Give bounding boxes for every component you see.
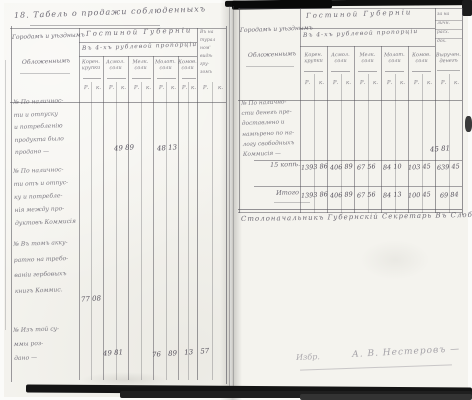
entry-line: дуктовъ Коммисія [15, 215, 79, 230]
amount: 84 13 [383, 190, 402, 199]
ruble-unit-label: Р. [134, 85, 140, 91]
table-rule-horizontal [107, 78, 126, 79]
col-label: соли [354, 58, 381, 65]
side-note-line: видѣ [200, 53, 215, 61]
table-rule-horizontal [254, 186, 462, 187]
amount: 100 45 [408, 190, 431, 200]
right-col-3: Мелк. соли [354, 52, 381, 65]
table-rule-vertical [233, 6, 234, 386]
table-rule-horizontal [30, 25, 160, 26]
table-rule-vertical [395, 74, 396, 213]
kopeck-unit-label: к. [96, 85, 101, 91]
left-entry-4: № Изъ той су- ммы роз- дано — [13, 322, 78, 366]
table-rule-vertical [422, 74, 423, 213]
table-rule-horizontal [157, 78, 176, 79]
table-rule-vertical [354, 46, 355, 213]
table-rule-horizontal [304, 71, 323, 72]
ruble-unit-label: Р. [441, 80, 447, 86]
table-rule-vertical [381, 46, 382, 213]
col-label: соли [128, 65, 153, 72]
col-label: крупки [79, 65, 103, 72]
table-rule-vertical [197, 28, 198, 380]
ruble-unit-label: Р. [182, 85, 188, 91]
left-col-1: Корен. крупки [79, 59, 103, 72]
left-col-5: Комов. соли [178, 59, 197, 72]
table-rule-horizontal [238, 8, 462, 9]
table-rule-vertical [91, 82, 92, 380]
ruble-unit-label: Р. [333, 80, 339, 86]
table-rule-horizontal [182, 78, 196, 79]
table-rule-vertical [178, 56, 179, 380]
table-rule-horizontal [435, 38, 462, 39]
amount: 67 56 [357, 190, 376, 199]
ruble-unit-label: Р. [159, 85, 165, 91]
table-rule-horizontal [79, 42, 197, 43]
ruble-unit-label: Р. [109, 85, 115, 91]
table-rule-horizontal [254, 160, 462, 161]
amount: 67 56 [357, 162, 376, 171]
table-rule-vertical [11, 26, 12, 382]
signature-left: Избр. [296, 352, 320, 362]
table-rule-horizontal [435, 29, 462, 30]
left-col-3: Мелк. соли [128, 59, 153, 72]
table-rule-vertical [226, 26, 227, 384]
table-rule-horizontal [300, 46, 435, 47]
table-rule-vertical [341, 74, 342, 213]
kopeck-unit-label: к. [373, 80, 378, 86]
amount: 49 81 [103, 348, 124, 357]
table-rule-horizontal [437, 70, 460, 71]
table-rule-horizontal [274, 202, 310, 203]
col-label: соли [327, 58, 354, 65]
table-rule-horizontal [412, 71, 431, 72]
side-note-line: ном' [200, 45, 215, 53]
table-rule-horizontal [385, 71, 404, 72]
ruble-unit-label: Р. [203, 85, 209, 91]
ruble-unit-label: Р. [414, 80, 420, 86]
right-entry: № По налично- сти денегъ пре- доставлено… [241, 97, 300, 160]
entry-line: ратно на требо- [14, 250, 79, 268]
total-row1-label: 15 копѣ. [270, 160, 300, 169]
table-rule-vertical [153, 56, 154, 380]
table-rule-vertical [5, 60, 6, 330]
entry-line: продано — [15, 145, 79, 160]
table-rule-horizontal [238, 212, 462, 213]
col-label: денегъ [435, 58, 462, 65]
total-row2-label: Итого [276, 188, 299, 197]
kopeck-unit-label: к. [319, 80, 324, 86]
side-note-line: Въ на [200, 29, 215, 37]
table-rule-vertical [229, 6, 230, 386]
table-rule-vertical [128, 56, 129, 380]
right-col-2: Асмол. соли [327, 52, 354, 65]
entry-line: Коммисія — [243, 148, 300, 160]
amount: 49 89 [114, 143, 135, 152]
table-rule-horizontal [10, 102, 226, 103]
entry-line: дано — [14, 350, 78, 366]
ruble-unit-label: Р. [305, 80, 311, 86]
ruble-unit-label: Р. [84, 85, 90, 91]
right-corner-note: за на личн. расх. дох. [437, 10, 450, 46]
col-label: соли [381, 58, 408, 65]
side-note-line: турал [200, 37, 215, 45]
table-rule-vertical [368, 74, 369, 213]
table-rule-vertical [103, 56, 104, 380]
left-entry-2: № По наличнос- ти отъ и отпус- ку и потр… [13, 163, 79, 230]
table-rule-horizontal [20, 73, 70, 74]
table-rule-horizontal [83, 78, 101, 79]
table-rule-horizontal [358, 71, 377, 72]
table-rule-horizontal [435, 20, 462, 21]
kopeck-unit-label: к. [171, 85, 176, 91]
right-col-5: Комов. соли [408, 52, 435, 65]
side-note-line: гру- [200, 61, 215, 69]
table-rule-horizontal [331, 71, 350, 72]
kopeck-unit-label: к. [146, 85, 151, 91]
amount: 45 81 [430, 144, 451, 153]
kopeck-unit-label: к. [191, 85, 196, 91]
table-rule-vertical [300, 8, 301, 213]
table-rule-vertical [141, 82, 142, 380]
table-rule-horizontal [246, 66, 294, 67]
col-label: соли [153, 65, 178, 72]
col-label: соли [178, 65, 197, 72]
table-rule-vertical [462, 8, 463, 215]
table-rule-vertical [449, 74, 450, 213]
ruble-unit-label: Р. [387, 80, 393, 86]
kopeck-unit-label: к. [346, 80, 351, 86]
kopeck-unit-label: к. [427, 80, 432, 86]
left-col-2: Асмол. соли [103, 59, 128, 72]
right-col-1: Корен. крупки [300, 52, 327, 65]
left-side-note: Въ на турал ном' видѣ гру- зомъ [200, 29, 215, 77]
table-rule-horizontal [79, 56, 197, 57]
kopeck-unit-label: к. [400, 80, 405, 86]
book-edge-bottom-3 [300, 394, 472, 400]
table-rule-vertical [212, 82, 213, 380]
scan-smudge [80, 372, 170, 388]
corner-note-line: за на [437, 10, 450, 19]
table-rule-vertical [166, 82, 167, 380]
entry-line: № Въ томъ акку- [13, 235, 78, 253]
table-rule-horizontal [10, 28, 226, 29]
table-rule-vertical [188, 82, 189, 380]
amount: 103 45 [408, 162, 431, 172]
col-label: соли [408, 58, 435, 65]
right-edge-mark [465, 116, 472, 132]
amount: 48 13 [157, 143, 178, 152]
side-note-line: зомъ [200, 69, 215, 77]
table-rule-horizontal [132, 78, 151, 79]
kopeck-unit-label: к. [121, 85, 126, 91]
right-farcol-header: Выручен. денегъ [435, 52, 462, 65]
kopeck-unit-label: к. [454, 80, 459, 86]
table-rule-vertical [79, 28, 80, 380]
kopeck-unit-label: к. [218, 85, 223, 91]
table-rule-vertical [314, 74, 315, 213]
left-entry-1: № По наличнос- ти и отпуску и потреблені… [13, 95, 79, 160]
ruble-unit-label: Р. [360, 80, 366, 86]
scan-smudge [360, 240, 430, 280]
right-col-4: Молот. соли [381, 52, 408, 65]
table-rule-horizontal [300, 28, 435, 29]
book-edge-corner [462, 0, 472, 16]
table-rule-horizontal [238, 209, 462, 210]
table-rule-vertical [408, 46, 409, 213]
scanned-ledger-spread: 18. Табель о продажи соблюденныхъ Города… [0, 0, 472, 400]
col-label: соли [103, 65, 128, 72]
table-rule-vertical [116, 82, 117, 380]
entry-line: книгъ Коммис. [15, 281, 80, 299]
left-col-4: Молот. соли [153, 59, 178, 72]
table-rule-vertical [239, 8, 240, 213]
amount: 84 10 [383, 162, 402, 171]
entry-line: ти отъ и отпус- [13, 176, 77, 191]
left-entry-3: № Въ томъ акку- ратно на требо- ваніи ге… [13, 235, 79, 299]
col-label: крупки [300, 58, 327, 65]
table-rule-horizontal [238, 100, 462, 101]
table-rule-vertical [327, 46, 328, 213]
